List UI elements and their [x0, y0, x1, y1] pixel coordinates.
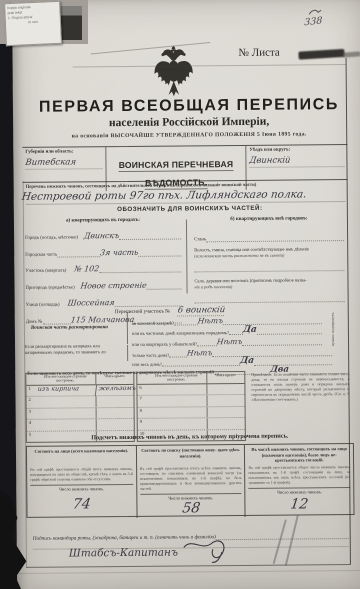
field-row: Пригородъ (предмѣстье) Новое строеніе — [25, 276, 181, 291]
ink-smudge-tail — [342, 51, 360, 57]
dotted-leader — [42, 310, 70, 324]
table-row: 3 — [27, 408, 134, 420]
dotted-leader — [99, 259, 181, 274]
field-label: Станъ — [194, 237, 206, 242]
field-row: Участокъ (кварталъ) № 102 — [25, 259, 181, 274]
dotted-leader — [119, 226, 181, 240]
material-cell — [146, 384, 206, 395]
row-num: 2 — [26, 397, 35, 408]
field-value: Шоссейная — [67, 298, 115, 307]
field-row: Волость, гмина, станица или соотвѣтствую… — [194, 246, 344, 272]
field-label: Городъ (посадъ, мѣстечко) — [25, 235, 78, 240]
province-value: Витебская — [25, 157, 103, 168]
imperial-double-eagle-icon — [152, 43, 194, 97]
row-num: 3 — [27, 409, 36, 420]
tally-column-nonpeasant: Въ числѣ нижнихъ чиновъ, состоящихъ на л… — [244, 444, 353, 517]
table-row: 6 — [137, 384, 244, 396]
margin-note: нужное подчеркнуть. — [331, 294, 335, 346]
census-subtitle: населенія Россійской Имперіи, — [19, 115, 359, 130]
num-col-header — [137, 373, 146, 384]
tally-note: Въ сей графѣ проставляется общій итогъ н… — [30, 467, 133, 483]
region-row: Губернія или область: Витебская ВОИНСКАЯ… — [22, 144, 347, 183]
frame-top — [73, 64, 347, 67]
paper-crease — [17, 570, 360, 574]
table-row: 8 — [138, 407, 245, 419]
material-cell: изъ кирпича — [35, 385, 96, 396]
field-row: Городская часть 3я часть — [25, 242, 181, 257]
field-value: Двинскъ — [83, 231, 119, 240]
row-num: 4 — [27, 420, 36, 431]
roof-cell: желѣзомъ — [95, 385, 136, 396]
brace-rule — [127, 345, 128, 361]
district-label: Уѣздъ или округъ: — [249, 147, 344, 153]
census-title: ПЕРВАЯ ВСЕОБЩАЯ ПЕРЕПИСЬ — [19, 96, 359, 117]
tally-column-present: Состоитъ на лицо (всего наличнаго населе… — [27, 446, 136, 519]
rural-column: б) квартирующихъ внѣ городовъ: Станъ Вол… — [194, 215, 345, 303]
count-value: 12 — [247, 494, 351, 516]
roof-cell — [207, 407, 245, 418]
material-header: Изъ чего каждое строеніе построено. — [35, 373, 95, 384]
roof-cell — [206, 395, 244, 406]
ink-smudge — [298, 49, 344, 60]
tally-title: Подсчетъ нижнихъ чиновъ въ день, къ кото… — [22, 432, 358, 442]
material-header: Изъ чего каждое строеніе построено. — [146, 372, 206, 383]
table-row: 9 — [138, 418, 245, 430]
designate-heading: ОБОЗНАЧИТЬ ДЛЯ ВОИНСКИХЪ ЧАСТЕЙ: — [20, 204, 360, 214]
roster-value: Нестроевой роты 97го пѣх. Лифляндскаго п… — [21, 188, 307, 202]
row-num: 6 — [137, 385, 146, 396]
count-value: 74 — [29, 491, 135, 518]
material-cell — [36, 408, 96, 419]
table-row: 2 — [26, 396, 133, 408]
tally-note: Въ сей графѣ проставляется итогъ всѣхъ н… — [140, 466, 242, 491]
roof-cell — [96, 408, 134, 419]
tally-table: Состоитъ на лицо (всего наличнаго населе… — [26, 443, 355, 518]
tally-note: Въ сей графѣ проставляется общее число н… — [248, 465, 350, 486]
field-label: Городская часть — [25, 252, 57, 257]
tally-header: Въ числѣ нижнихъ чиновъ, состоящихъ на л… — [248, 446, 350, 464]
field-value: 3я часть — [100, 247, 139, 256]
rural-column-title: б) квартирующихъ внѣ городовъ: — [194, 215, 344, 222]
dotted-leader — [147, 276, 182, 290]
sheet-number-label: № Листа — [238, 47, 279, 59]
signature-value-row: Штабсъ-Капитанъ — [69, 535, 240, 566]
num-col-header — [26, 374, 35, 385]
paper-sheet: 338 № Листа ПЕРВАЯ ВСЕОБЩАЯ ПЕРЕПИСЬ — [12, 0, 360, 589]
dotted-leader — [194, 257, 344, 272]
roof-cell — [206, 384, 244, 395]
dotted-rule — [249, 166, 344, 168]
archive-sticker: Kopija originala prati tekst L. Origina … — [4, 1, 62, 46]
buildings-header: Изъ чего каждое строеніе построено. Чѣмъ… — [26, 373, 133, 386]
tally-column-on-list: Состоитъ по списку (постоянно живу- щаго… — [136, 445, 245, 518]
signature-flourish-icon — [182, 535, 240, 566]
dotted-rule — [25, 168, 102, 170]
material-cell — [35, 397, 95, 408]
occupancy-lead: Если расквартирована въ казармахъ или ка… — [25, 343, 125, 356]
buildings-footnote: Примѣчаніе. Если воинская часть занимает… — [251, 372, 349, 403]
row-num: 8 — [138, 408, 147, 419]
table-row: 7 — [137, 395, 244, 407]
field-label: Участокъ (кварталъ) — [25, 269, 66, 274]
buildings-table-right: Изъ чего каждое строеніе построено. Чѣмъ… — [136, 371, 246, 442]
field-value: № 102 — [74, 265, 100, 274]
roof-header: Чѣмъ крыто. — [206, 372, 244, 383]
column-divider — [186, 219, 188, 293]
field-label: Пригородъ (предмѣстье) — [26, 286, 75, 291]
tally-header: Состоитъ по списку (постоянно живу- щаго… — [140, 447, 242, 465]
pencil-stroke — [285, 515, 299, 566]
field-row: Городъ (посадъ, мѣстечко) Двинскъ — [25, 226, 181, 241]
sheet-number-row: № Листа — [238, 47, 279, 59]
field-row: Станъ — [194, 227, 344, 242]
tally-header: Состоитъ на лицо (всего наличнаго населе… — [30, 448, 133, 466]
scanned-census-sheet: 338 № Листа ПЕРВАЯ ВСЕОБЩАЯ ПЕРЕПИСЬ — [0, 0, 360, 589]
district-value: Двинскій — [249, 155, 345, 166]
row-num: 9 — [138, 419, 147, 430]
material-cell — [147, 419, 207, 430]
table-row: 1 изъ кирпича желѣзомъ — [26, 385, 133, 397]
field-value: Новое строеніе — [80, 281, 147, 291]
roof-cell — [207, 418, 245, 429]
dotted-leader — [206, 227, 344, 242]
archive-page-number: 338 — [304, 15, 322, 28]
roof-cell — [95, 396, 133, 407]
law-line: на основаніи ВЫСОЧАЙШЕ УТВЕРЖДЕННАГО ПОЛ… — [19, 131, 359, 140]
buildings-table-left: Изъ чего каждое строеніе построено. Чѣмъ… — [25, 372, 135, 443]
buildings-header: Изъ чего каждое строеніе построено. Чѣмъ… — [137, 372, 244, 385]
dotted-leader — [57, 243, 100, 257]
material-cell — [146, 396, 206, 407]
table-row: 4 — [27, 419, 134, 431]
material-cell — [147, 407, 207, 418]
count-value: 58 — [139, 500, 243, 517]
pencil-mark-icon — [308, 8, 322, 16]
city-column-title: а) квартирующихъ въ городахъ: — [25, 217, 181, 224]
roof-header: Чѣмъ крыто. — [95, 373, 133, 384]
quartering-lead: Воинская часть расквартирована — [31, 324, 127, 331]
field-label: Улица (площадь) — [26, 303, 60, 308]
material-cell — [36, 420, 96, 431]
row-num: 7 — [137, 396, 146, 407]
dotted-leader — [138, 242, 181, 256]
roof-cell — [96, 419, 134, 430]
province-label: Губернія или область: — [25, 149, 102, 155]
